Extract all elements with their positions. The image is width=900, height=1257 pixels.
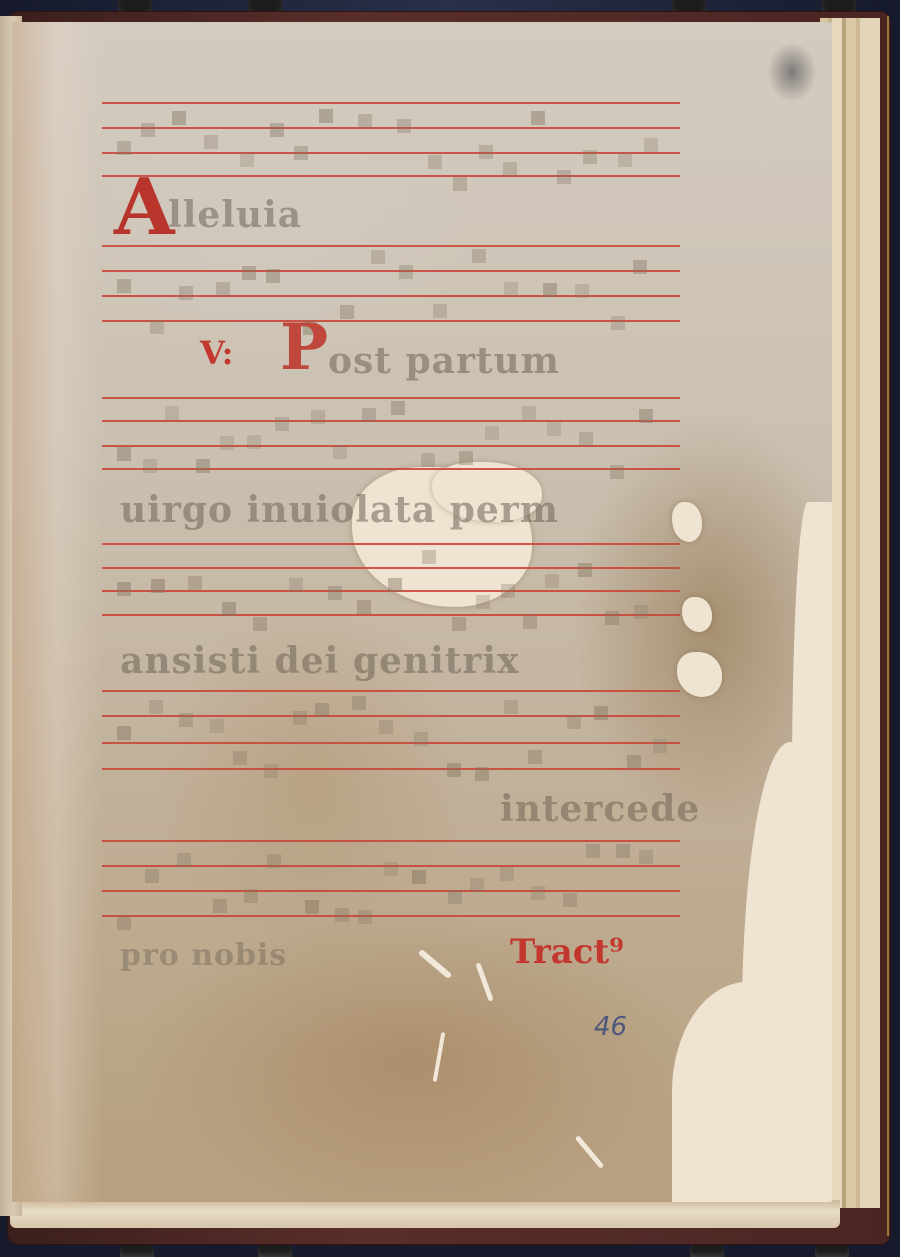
neume — [264, 764, 278, 778]
neume — [267, 854, 281, 868]
crack — [418, 949, 452, 979]
neume — [563, 893, 577, 907]
neume — [216, 282, 230, 296]
neume — [335, 908, 349, 922]
staff-line — [102, 175, 680, 177]
water-damage-hole — [672, 502, 702, 542]
neume — [501, 584, 515, 598]
neume — [567, 715, 581, 729]
neume — [479, 145, 493, 159]
neume — [583, 150, 597, 164]
neume — [204, 135, 218, 149]
staff-line — [102, 245, 680, 247]
neume — [165, 406, 179, 420]
neume — [414, 732, 428, 746]
neume — [531, 886, 545, 900]
neume — [319, 109, 333, 123]
neume — [448, 890, 462, 904]
red-initial-a: A — [114, 162, 175, 253]
neume — [117, 726, 131, 740]
staff-line — [102, 468, 680, 470]
crack — [433, 1032, 446, 1082]
neume — [503, 162, 517, 176]
neume — [399, 265, 413, 279]
gilt-edge — [887, 16, 889, 1236]
folio-number: 46 — [594, 1012, 627, 1042]
neume — [476, 595, 490, 609]
neume — [412, 870, 426, 884]
neume — [500, 867, 514, 881]
neume — [644, 138, 658, 152]
neume — [485, 426, 499, 440]
text-line-5: intercede — [500, 788, 700, 830]
text-line-1: lleluia — [168, 194, 302, 236]
neume — [177, 853, 191, 867]
neume — [141, 123, 155, 137]
neume — [547, 422, 561, 436]
neume — [634, 605, 648, 619]
neume — [358, 114, 372, 128]
neume — [428, 155, 442, 169]
neume — [293, 711, 307, 725]
neume — [149, 700, 163, 714]
neume — [575, 284, 589, 298]
neume — [447, 763, 461, 777]
neume — [311, 410, 325, 424]
neume — [294, 146, 308, 160]
staff-line — [102, 445, 680, 447]
staff-line — [102, 320, 680, 322]
neume — [397, 119, 411, 133]
neume — [117, 447, 131, 461]
neume — [358, 910, 372, 924]
water-damage-hole — [682, 597, 712, 632]
gutter-stain — [12, 22, 102, 1202]
staff-line — [102, 102, 680, 104]
neume — [433, 304, 447, 318]
neume — [545, 574, 559, 588]
neume — [275, 417, 289, 431]
neume — [379, 720, 393, 734]
crack — [475, 962, 493, 1001]
neume — [222, 602, 236, 616]
crack — [575, 1135, 605, 1169]
red-initial-p: P — [280, 310, 328, 385]
neume — [328, 586, 342, 600]
neume — [270, 123, 284, 137]
text-line-4: ansisti dei genitrix — [120, 640, 520, 682]
neume — [188, 576, 202, 590]
text-line-6: pro nobis — [120, 938, 287, 973]
staff-line — [102, 420, 680, 422]
neume — [470, 878, 484, 892]
torn-edge — [672, 982, 822, 1202]
neume — [150, 320, 164, 334]
staff-line — [102, 915, 680, 917]
neume — [117, 916, 131, 930]
neume — [579, 432, 593, 446]
neume — [459, 451, 473, 465]
neume — [371, 250, 385, 264]
neume — [586, 844, 600, 858]
neume — [172, 111, 186, 125]
neume — [117, 279, 131, 293]
neume — [151, 579, 165, 593]
neume — [240, 153, 254, 167]
neume — [266, 269, 280, 283]
neume — [639, 409, 653, 423]
staff-line — [102, 543, 680, 545]
stain — [767, 42, 817, 102]
neume — [244, 889, 258, 903]
neume — [633, 260, 647, 274]
staff-line — [102, 840, 680, 842]
neume — [421, 453, 435, 467]
neume — [362, 408, 376, 422]
neume — [610, 465, 624, 479]
staff-line — [102, 890, 680, 892]
neume — [145, 869, 159, 883]
neume — [504, 282, 518, 296]
neume — [196, 459, 210, 473]
neume — [289, 578, 303, 592]
neume — [117, 141, 131, 155]
neume — [179, 286, 193, 300]
neume — [352, 696, 366, 710]
neume — [523, 615, 537, 629]
neume — [528, 750, 542, 764]
neume — [504, 700, 518, 714]
neume — [616, 844, 630, 858]
staff-line — [102, 270, 680, 272]
neume — [618, 153, 632, 167]
neume — [388, 578, 402, 592]
neume — [213, 899, 227, 913]
neume — [522, 406, 536, 420]
text-line-2: ost partum — [328, 340, 560, 382]
neume — [143, 459, 157, 473]
staff-line — [102, 127, 680, 129]
neume — [653, 739, 667, 753]
neume — [333, 445, 347, 459]
neume — [357, 600, 371, 614]
bottom-page-edges — [10, 1200, 840, 1228]
neume — [179, 713, 193, 727]
neume — [305, 900, 319, 914]
neume — [627, 755, 641, 769]
manuscript-page: A lleluia V: P ost partum uirgo inuiolat… — [12, 22, 832, 1202]
staff-line — [102, 690, 680, 692]
neume — [117, 582, 131, 596]
neume — [384, 862, 398, 876]
staff-line — [102, 768, 680, 770]
neume — [472, 249, 486, 263]
staff-line — [102, 614, 680, 616]
staff-line — [102, 742, 680, 744]
neume — [233, 751, 247, 765]
neume — [578, 563, 592, 577]
staff-line — [102, 567, 680, 569]
staff-line — [102, 397, 680, 399]
neume — [247, 435, 261, 449]
neume — [220, 436, 234, 450]
neume — [210, 719, 224, 733]
neume — [340, 305, 354, 319]
text-line-3: uirgo inuiolata perm — [120, 489, 559, 531]
neume — [605, 611, 619, 625]
neume — [611, 316, 625, 330]
neume — [594, 706, 608, 720]
neume — [242, 266, 256, 280]
neume — [453, 177, 467, 191]
water-damage-hole — [677, 652, 722, 697]
neume — [543, 283, 557, 297]
neume — [639, 850, 653, 864]
neume — [422, 550, 436, 564]
neume — [253, 617, 267, 631]
rubric-tract: Tract⁹ — [510, 932, 624, 972]
verse-mark: V: — [200, 334, 233, 372]
neume — [315, 703, 329, 717]
neume — [557, 170, 571, 184]
neume — [391, 401, 405, 415]
neume — [452, 617, 466, 631]
neume — [475, 767, 489, 781]
neume — [531, 111, 545, 125]
